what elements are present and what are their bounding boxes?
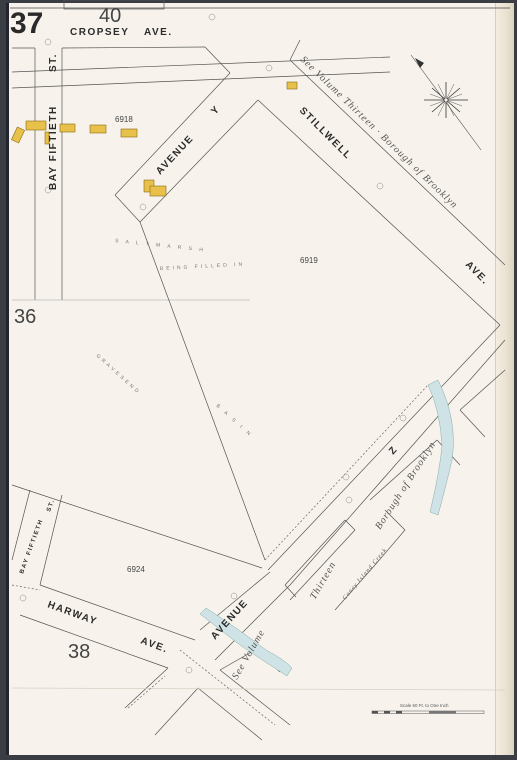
coney-island-creek-label: Coney Island Creek bbox=[342, 547, 389, 601]
street-label-bay-fiftieth-lower-st: ST. bbox=[46, 498, 56, 512]
block-number-6918: 6918 bbox=[115, 115, 133, 124]
street-label-stillwell: STILLWELL bbox=[297, 105, 354, 162]
street-label-harway: HARWAY bbox=[46, 599, 99, 627]
fire-insurance-map: 37 40 36 38 CROPSEY AVE. BAY FIFTIETH ST… bbox=[0, 0, 517, 760]
street-label-stillwell-ave: AVE. bbox=[463, 259, 491, 287]
street-label-bay-fiftieth-upper-st: ST. bbox=[48, 53, 59, 72]
scale-bar: Scale 60 Ft. to One Inch bbox=[372, 703, 484, 714]
street-label-avenue-y-letter: Y bbox=[209, 104, 223, 117]
salt-marsh-label: S A L T M A R S H bbox=[115, 238, 206, 254]
sheet-number: 37 bbox=[10, 7, 43, 40]
see-volume-lower-note-2: Thirteen bbox=[308, 560, 338, 602]
adjacent-sheet-bottom: 38 bbox=[68, 641, 90, 663]
street-label-cropsey-ave: AVE. bbox=[144, 27, 173, 38]
svg-text:Scale 60 Ft. to One Inch: Scale 60 Ft. to One Inch bbox=[400, 703, 449, 708]
street-label-harway-ave: AVE. bbox=[139, 635, 170, 655]
being-filled-label: BEING FILLED IN bbox=[160, 262, 245, 272]
gravesend-label: GRAVESEND bbox=[95, 353, 142, 396]
block-number-6924: 6924 bbox=[127, 565, 145, 574]
block-number-6919: 6919 bbox=[300, 256, 318, 265]
basin-label: B A S I N bbox=[215, 403, 254, 439]
street-label-bay-fiftieth-lower: BAY FIFTIETH bbox=[19, 518, 44, 575]
adjacent-sheet-left: 36 bbox=[14, 306, 36, 328]
street-label-bay-fiftieth-upper: BAY FIFTIETH bbox=[48, 105, 59, 190]
compass-rose-icon bbox=[411, 55, 481, 150]
street-label-cropsey: CROPSEY bbox=[70, 27, 129, 38]
adjacent-sheet-top: 40 bbox=[99, 5, 121, 27]
street-label-avenue-z-letter: Z bbox=[387, 444, 400, 457]
